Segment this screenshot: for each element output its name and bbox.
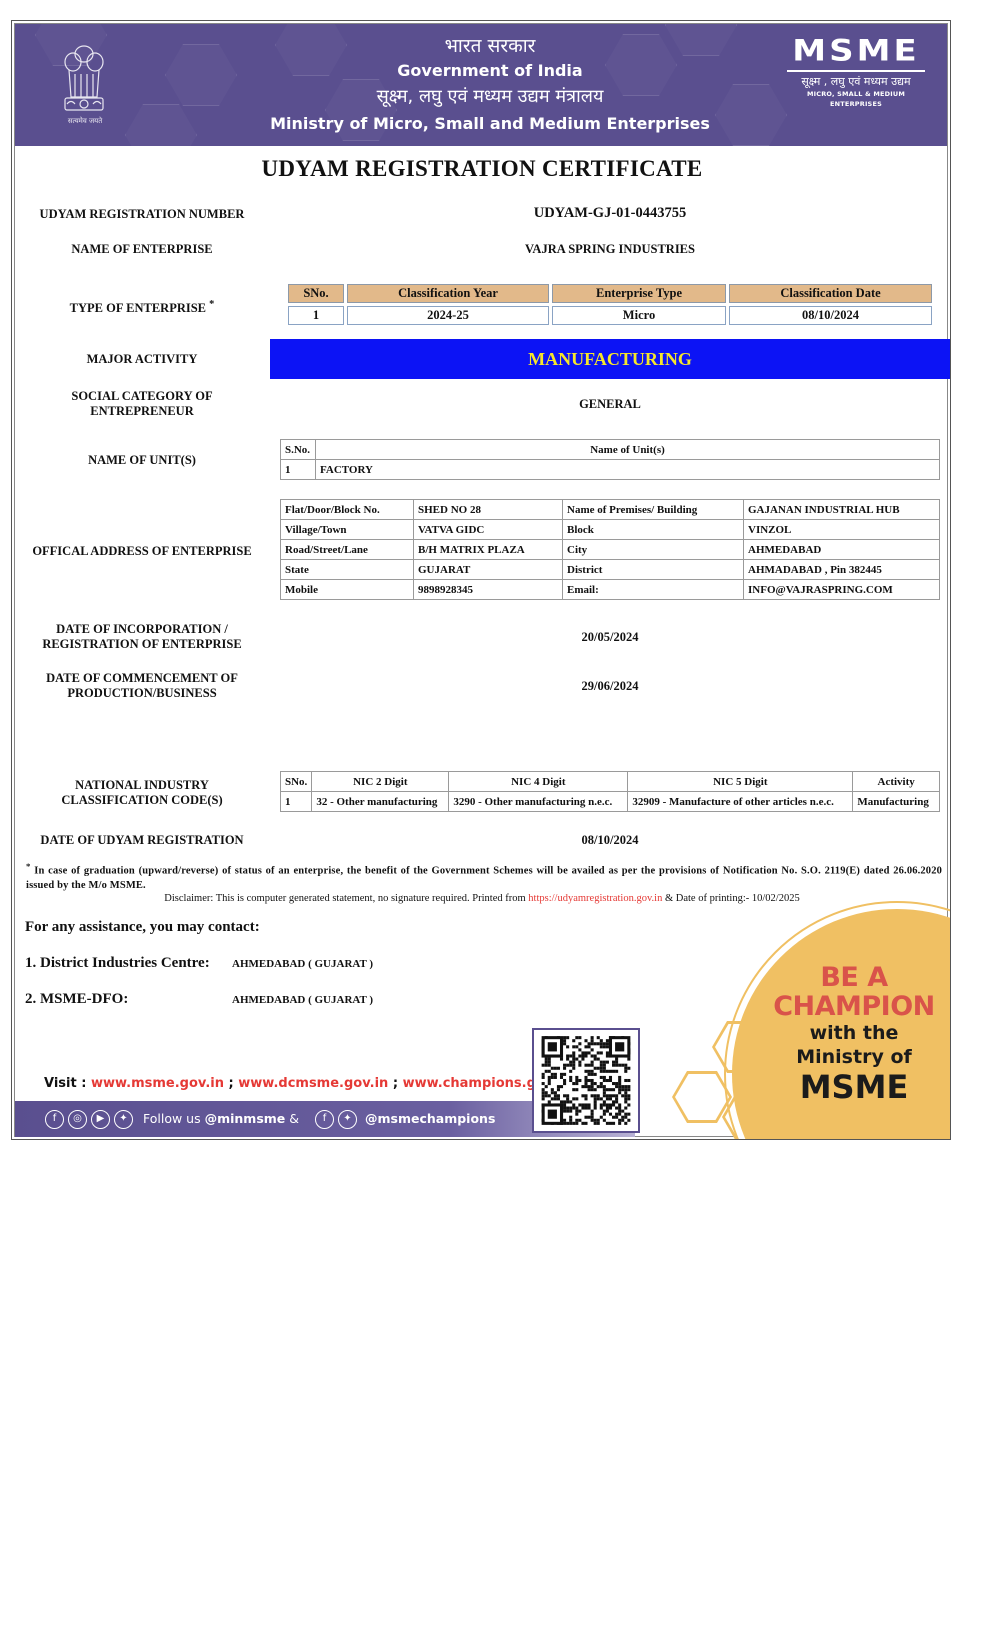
emblem-motto: सत्यमेव जयते xyxy=(55,117,115,126)
footnote-asterisk: * xyxy=(26,861,31,871)
cell-classification-year: 2024-25 xyxy=(347,306,549,325)
header-banner: सत्यमेव जयते भारत सरकार Government of In… xyxy=(15,24,947,146)
champion-line-2: CHAMPION xyxy=(754,992,951,1021)
col-nic4: NIC 4 Digit xyxy=(449,772,628,792)
cell-nic5: 32909 - Manufacture of other articles n.… xyxy=(628,792,853,812)
instagram-icon[interactable]: ◎ xyxy=(68,1110,87,1129)
cell-field-label: City xyxy=(563,540,744,560)
msme-logo-text: MSME xyxy=(781,37,931,66)
dcmsme-website-link[interactable]: www.dcmsme.gov.in xyxy=(238,1076,388,1091)
social-category-label: SOCIAL CATEGORY OF ENTREPRENEUR xyxy=(52,389,232,419)
table-row: Village/TownVATVA GIDCBlockVINZOL xyxy=(281,520,940,540)
enterprise-type-label-text: TYPE OF ENTERPRISE xyxy=(70,301,206,315)
col-classification-date: Classification Date xyxy=(729,284,932,303)
govt-title: Government of India xyxy=(255,58,725,84)
facebook-icon[interactable]: f xyxy=(315,1110,334,1129)
cell-field-value: AHMADABAD , Pin 382445 xyxy=(744,560,940,580)
cell-sno: 1 xyxy=(281,792,312,812)
asterisk-marker: * xyxy=(209,299,214,310)
units-label: NAME OF UNIT(S) xyxy=(26,453,258,468)
cell-sno: 1 xyxy=(281,460,316,480)
udyam-date-label: DATE OF UDYAM REGISTRATION xyxy=(26,833,258,848)
follow-prefix: Follow us xyxy=(143,1111,205,1126)
table-row: 1 32 - Other manufacturing 3290 - Other … xyxy=(281,792,940,812)
twitter-icon[interactable]: ✦ xyxy=(338,1110,357,1129)
enterprise-name-label: NAME OF ENTERPRISE xyxy=(26,242,258,257)
cell-nic2: 32 - Other manufacturing xyxy=(312,792,449,812)
nic-table: SNo. NIC 2 Digit NIC 4 Digit NIC 5 Digit… xyxy=(280,771,940,812)
disclaimer: Disclaimer: This is computer generated s… xyxy=(12,893,951,904)
certificate: सत्यमेव जयते भारत सरकार Government of In… xyxy=(11,20,951,1140)
disclaimer-suffix: & Date of printing:- 10/02/2025 xyxy=(662,893,799,904)
table-header-row: S.No. Name of Unit(s) xyxy=(281,440,940,460)
cell-field-label: District xyxy=(563,560,744,580)
cell-field-value: B/H MATRIX PLAZA xyxy=(414,540,563,560)
nic-label: NATIONAL INDUSTRY CLASSIFICATION CODE(S) xyxy=(26,778,258,808)
cell-field-value: SHED NO 28 xyxy=(414,500,563,520)
commencement-label: DATE OF COMMENCEMENT OF PRODUCTION/BUSIN… xyxy=(26,671,258,701)
disclaimer-prefix: Disclaimer: This is computer generated s… xyxy=(164,893,528,904)
table-row: 1 FACTORY xyxy=(281,460,940,480)
cell-field-label: Mobile xyxy=(281,580,414,600)
col-activity: Activity xyxy=(853,772,940,792)
table-header-row: SNo. NIC 2 Digit NIC 4 Digit NIC 5 Digit… xyxy=(281,772,940,792)
msme-logo-english: MICRO, SMALL & MEDIUM ENTERPRISES xyxy=(781,89,931,109)
champion-line-5: MSME xyxy=(754,1069,951,1105)
cell-field-label: Road/Street/Lane xyxy=(281,540,414,560)
cell-field-label: Village/Town xyxy=(281,520,414,540)
cell-field-value: AHMEDABAD xyxy=(744,540,940,560)
address-table: Flat/Door/Block No.SHED NO 28Name of Pre… xyxy=(280,499,940,600)
table-row: StateGUJARATDistrictAHMADABAD , Pin 3824… xyxy=(281,560,940,580)
msme-logo-hindi: सूक्ष्म , लघु एवं मध्यम उद्यम xyxy=(781,75,931,89)
follow-text-2: @msmechampions xyxy=(365,1110,495,1128)
graduation-footnote: * In case of graduation (upward/reverse)… xyxy=(26,859,942,893)
cell-enterprise-type: Micro xyxy=(552,306,726,325)
enterprise-type-table: SNo. Classification Year Enterprise Type… xyxy=(285,281,935,328)
cell-field-label: Name of Premises/ Building xyxy=(563,500,744,520)
cell-field-value: VINZOL xyxy=(744,520,940,540)
champion-text: BE A CHAMPION with the Ministry of MSME xyxy=(754,963,951,1105)
dfo-label: 2. MSME-DFO: xyxy=(25,991,128,1008)
logo-divider xyxy=(787,70,925,72)
certificate-title: UDYAM REGISTRATION CERTIFICATE xyxy=(12,156,951,182)
champion-line-3: with the xyxy=(754,1021,951,1045)
cell-field-value: 9898928345 xyxy=(414,580,563,600)
qr-code-icon xyxy=(534,1030,638,1131)
dfo-value: AHMEDABAD ( GUJARAT ) xyxy=(232,994,373,1006)
hindi-govt-title: भारत सरकार xyxy=(255,34,725,58)
col-nic5: NIC 5 Digit xyxy=(628,772,853,792)
incorporation-label: DATE OF INCORPORATION / REGISTRATION OF … xyxy=(26,622,258,652)
header-titles: भारत सरकार Government of India सूक्ष्म, … xyxy=(255,34,725,138)
msmechampions-handle[interactable]: @msmechampions xyxy=(365,1111,495,1126)
cell-field-label: State xyxy=(281,560,414,580)
commencement-date: 29/06/2024 xyxy=(280,679,940,694)
ampersand: & xyxy=(285,1111,299,1126)
cell-classification-date: 08/10/2024 xyxy=(729,306,932,325)
udyam-date-value: 08/10/2024 xyxy=(280,833,940,848)
champion-line-4: Ministry of xyxy=(754,1045,951,1069)
col-nic2: NIC 2 Digit xyxy=(312,772,449,792)
reg-number-label: UDYAM REGISTRATION NUMBER xyxy=(26,207,258,222)
cell-field-value: GAJANAN INDUSTRIAL HUB xyxy=(744,500,940,520)
follow-text: Follow us @minmsme & xyxy=(143,1110,299,1128)
cell-field-value: VATVA GIDC xyxy=(414,520,563,540)
table-row: Road/Street/LaneB/H MATRIX PLAZACityAHME… xyxy=(281,540,940,560)
social-category-value: GENERAL xyxy=(280,397,940,412)
visit-label: Visit : xyxy=(44,1076,91,1091)
udyam-portal-link[interactable]: https://udyamregistration.gov.in xyxy=(528,893,662,904)
separator: ; xyxy=(224,1076,238,1091)
decor-hexagon xyxy=(672,1071,732,1123)
col-sno: SNo. xyxy=(281,772,312,792)
col-classification-year: Classification Year xyxy=(347,284,549,303)
separator: ; xyxy=(388,1076,402,1091)
cell-sno: 1 xyxy=(288,306,344,325)
incorporation-date: 20/05/2024 xyxy=(280,630,940,645)
table-row: Mobile9898928345Email:INFO@VAJRASPRING.C… xyxy=(281,580,940,600)
enterprise-type-label: TYPE OF ENTERPRISE * xyxy=(26,297,258,316)
major-activity-label: MAJOR ACTIVITY xyxy=(26,352,258,367)
msme-logo: MSME सूक्ष्म , लघु एवं मध्यम उद्यम MICRO… xyxy=(781,34,931,109)
table-row: 1 2024-25 Micro 08/10/2024 xyxy=(288,306,932,325)
address-label: OFFICAL ADDRESS OF ENTERPRISE xyxy=(26,544,258,559)
col-enterprise-type: Enterprise Type xyxy=(552,284,726,303)
facebook-icon[interactable]: f xyxy=(45,1110,64,1129)
dic-value: AHMEDABAD ( GUJARAT ) xyxy=(232,958,373,970)
cell-activity: Manufacturing xyxy=(853,792,940,812)
cell-field-value: GUJARAT xyxy=(414,560,563,580)
visit-links: Visit : www.msme.gov.in ; www.dcmsme.gov… xyxy=(44,1076,571,1091)
cell-field-label: Block xyxy=(563,520,744,540)
col-sno: S.No. xyxy=(281,440,316,460)
cell-unit-name: FACTORY xyxy=(316,460,940,480)
table-header-row: SNo. Classification Year Enterprise Type… xyxy=(288,284,932,303)
cell-field-label: Email: xyxy=(563,580,744,600)
table-row: Flat/Door/Block No.SHED NO 28Name of Pre… xyxy=(281,500,940,520)
champion-line-1: BE A xyxy=(754,963,951,992)
ministry-title: Ministry of Micro, Small and Medium Ente… xyxy=(255,110,725,138)
assistance-heading: For any assistance, you may contact: xyxy=(25,919,260,936)
enterprise-name-value: VAJRA SPRING INDUSTRIES xyxy=(280,242,940,257)
cell-nic4: 3290 - Other manufacturing n.e.c. xyxy=(449,792,628,812)
cell-field-label: Flat/Door/Block No. xyxy=(281,500,414,520)
reg-number-value: UDYAM-GJ-01-0443755 xyxy=(280,205,940,222)
msme-website-link[interactable]: www.msme.gov.in xyxy=(91,1076,224,1091)
youtube-icon[interactable]: ▶ xyxy=(91,1110,110,1129)
dic-label: 1. District Industries Centre: xyxy=(25,955,210,972)
col-unit-name: Name of Unit(s) xyxy=(316,440,940,460)
twitter-icon[interactable]: ✦ xyxy=(114,1110,133,1129)
units-table: S.No. Name of Unit(s) 1 FACTORY xyxy=(280,439,940,480)
cell-field-value: INFO@VAJRASPRING.COM xyxy=(744,580,940,600)
minmsme-handle[interactable]: @minmsme xyxy=(205,1111,286,1126)
footnote-text: In case of graduation (upward/reverse) o… xyxy=(26,866,942,891)
col-sno: SNo. xyxy=(288,284,344,303)
major-activity-value: MANUFACTURING xyxy=(270,339,950,379)
qr-code xyxy=(532,1028,640,1133)
hindi-ministry-title: सूक्ष्म, लघु एवं मध्यम उद्यम मंत्रालय xyxy=(255,84,725,110)
